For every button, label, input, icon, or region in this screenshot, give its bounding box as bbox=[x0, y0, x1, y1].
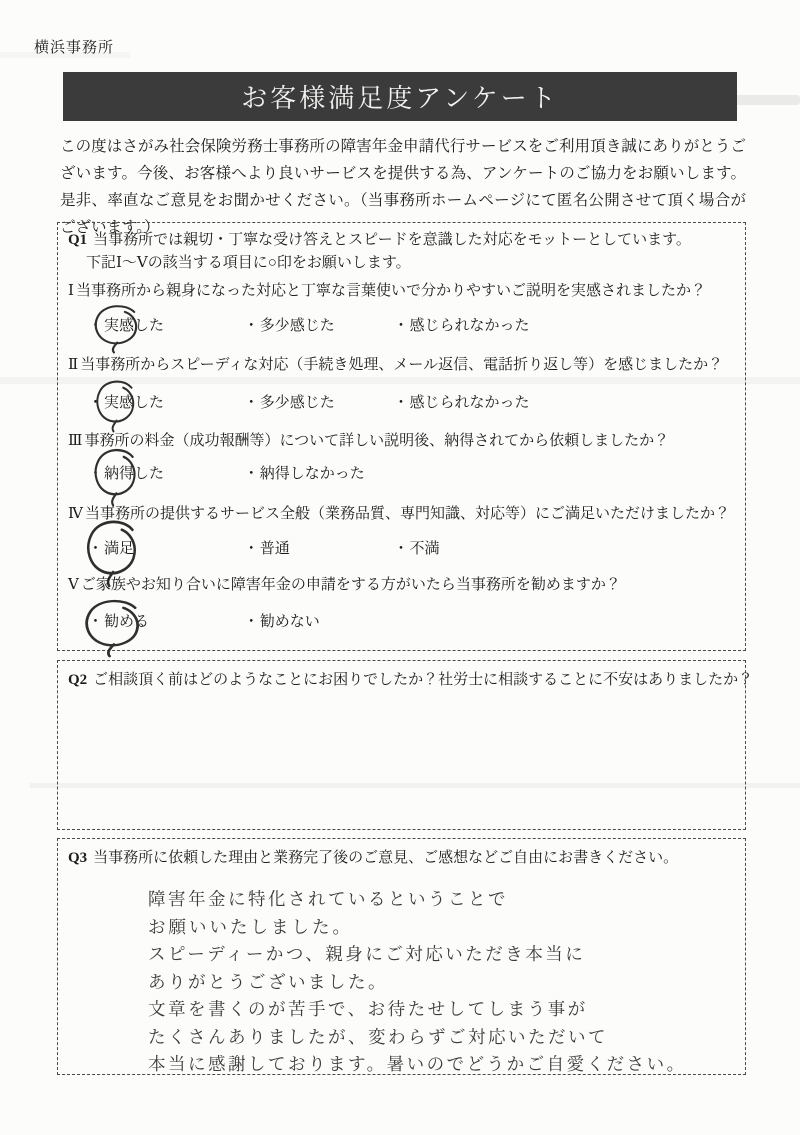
numeral: Ⅰ bbox=[68, 283, 74, 299]
question-text: ご家族やお知り合いに障害年金の申請をする方がいたら当事務所を勧めますか？ bbox=[81, 577, 621, 593]
option-label: 納得した bbox=[104, 466, 164, 482]
option-label: 勧めない bbox=[260, 614, 320, 630]
q1-item-5-options: ・勧める ・勧めない bbox=[88, 611, 739, 633]
option-label: 実感した bbox=[104, 318, 164, 334]
option-bullet: ・ bbox=[394, 318, 409, 334]
q1-lead-text: 当事務所では親切・丁寧な受け答えとスピードを意識した対応をモットーとしています。 bbox=[93, 232, 691, 248]
option-label: 感じられなかった bbox=[410, 318, 530, 334]
option-futsuu: ・普通 bbox=[244, 538, 390, 560]
handwritten-line: 本当に感謝しております。暑いのでどうかご自愛ください。 bbox=[148, 1052, 731, 1080]
option-bullet: ・ bbox=[244, 466, 259, 482]
q1-item-4-question: Ⅳ当事務所の提供するサービス全般（業務品質、専門知識、対応等）にご満足いただけま… bbox=[68, 503, 739, 525]
handwritten-line: 障害年金に特化されているということで bbox=[148, 887, 731, 915]
option-label: 多少感じた bbox=[260, 318, 335, 334]
option-jikkan-shita: ・実感した bbox=[88, 315, 240, 337]
option-tashou-kanjita: ・多少感じた bbox=[244, 315, 390, 337]
numeral: Ⅱ bbox=[68, 357, 78, 373]
option-nattoku-shinakatta: ・納得しなかった bbox=[244, 463, 365, 485]
option-bullet: ・ bbox=[244, 395, 259, 411]
numeral: Ⅲ bbox=[68, 433, 82, 449]
q1-item-2-question: Ⅱ当事務所からスピーディな対応（手続き処理、メール返信、電話折り返し等）を感じま… bbox=[68, 354, 739, 376]
option-bullet: ・ bbox=[88, 395, 103, 411]
handwritten-line: お願いいたしました。 bbox=[148, 915, 731, 943]
q1-item-4-options: ・満足 ・普通 ・不満 bbox=[88, 538, 739, 560]
option-bullet: ・ bbox=[88, 614, 103, 630]
option-bullet: ・ bbox=[88, 466, 103, 482]
option-bullet: ・ bbox=[394, 541, 409, 557]
question-text: 当事務所からスピーディな対応（手続き処理、メール返信、電話折り返し等）を感じまし… bbox=[80, 357, 723, 373]
option-label: 普通 bbox=[260, 541, 290, 557]
q2-heading: Q2ご相談頂く前はどのようなことにお困りでしたか？社労士に相談することに不安はあ… bbox=[68, 669, 753, 691]
q1-item-3-question: Ⅲ事務所の料金（成功報酬等）について詳しい説明後、納得されてから依頼しましたか？ bbox=[68, 430, 739, 452]
option-label: 勧める bbox=[104, 614, 149, 630]
question-text: ご相談頂く前はどのようなことにお困りでしたか？社労士に相談することに不安はありま… bbox=[93, 672, 753, 688]
q1-item-1-options: ・実感した ・多少感じた ・感じられなかった bbox=[88, 315, 739, 337]
option-label: 納得しなかった bbox=[260, 466, 365, 482]
q1-item-5-question: Ⅴご家族やお知り合いに障害年金の申請をする方がいたら当事務所を勧めますか？ bbox=[68, 574, 739, 596]
option-label: 不満 bbox=[410, 541, 440, 557]
option-bullet: ・ bbox=[244, 318, 259, 334]
question-text: 事務所の料金（成功報酬等）について詳しい説明後、納得されてから依頼しましたか？ bbox=[84, 433, 669, 449]
question-text: 当事務所から親身になった対応と丁寧な言葉使いで分かりやすいご説明を実感されました… bbox=[76, 283, 706, 299]
title-banner: お客様満足度アンケート bbox=[63, 72, 737, 121]
handwritten-line: たくさんありましたが、変わらずご対応いただいて bbox=[148, 1025, 731, 1053]
q1-box: Q1当事務所では親切・丁寧な受け答えとスピードを意識した対応をモットーとしていま… bbox=[57, 222, 746, 651]
q1-item-2-options: ・実感した ・多少感じた ・感じられなかった bbox=[88, 392, 739, 414]
option-bullet: ・ bbox=[88, 541, 103, 557]
office-label: 横浜事務所 bbox=[34, 36, 114, 57]
option-bullet: ・ bbox=[394, 395, 409, 411]
question-text: 当事務所の提供するサービス全般（業務品質、専門知識、対応等）にご満足いただけまし… bbox=[85, 506, 730, 522]
numeral: Ⅳ bbox=[68, 506, 83, 522]
option-susumeru: ・勧める bbox=[88, 611, 240, 633]
option-nattoku-shita: ・納得した bbox=[88, 463, 240, 485]
option-manzoku: ・満足 bbox=[88, 538, 240, 560]
q2-label: Q2 bbox=[68, 672, 87, 688]
q3-box: Q3当事務所に依頼した理由と業務完了後のご意見、ご感想などご自由にお書きください… bbox=[57, 838, 746, 1075]
handwritten-line: 文章を書くのが苦手で、お待たせしてしまう事が bbox=[148, 997, 731, 1025]
option-bullet: ・ bbox=[244, 541, 259, 557]
page-title: お客様満足度アンケート bbox=[241, 78, 558, 115]
option-bullet: ・ bbox=[244, 614, 259, 630]
option-tashou-kanjita: ・多少感じた bbox=[244, 392, 390, 414]
q3-heading: Q3当事務所に依頼した理由と業務完了後のご意見、ご感想などご自由にお書きください… bbox=[68, 847, 678, 869]
option-label: 感じられなかった bbox=[410, 395, 530, 411]
option-kanjirarenakatta: ・感じられなかった bbox=[394, 315, 530, 337]
q1-instruction: 下記Ⅰ～Ⅴの該当する項目に○印をお願いします。 bbox=[86, 252, 739, 274]
question-text: 当事務所に依頼した理由と業務完了後のご意見、ご感想などご自由にお書きください。 bbox=[93, 850, 678, 866]
numeral: Ⅴ bbox=[68, 577, 79, 593]
q2-box: Q2ご相談頂く前はどのようなことにお困りでしたか？社労士に相談することに不安はあ… bbox=[57, 660, 746, 830]
option-jikkan-shita: ・実感した bbox=[88, 392, 240, 414]
scan-artifact bbox=[730, 95, 800, 105]
handwritten-line: ありがとうございました。 bbox=[148, 970, 731, 998]
q1-heading: Q1当事務所では親切・丁寧な受け答えとスピードを意識した対応をモットーとしていま… bbox=[68, 229, 739, 251]
option-kanjirarenakatta: ・感じられなかった bbox=[394, 392, 530, 414]
q3-label: Q3 bbox=[68, 850, 87, 866]
option-bullet: ・ bbox=[88, 318, 103, 334]
q1-item-3-options: ・納得した ・納得しなかった bbox=[88, 463, 739, 485]
q1-item-1-question: Ⅰ当事務所から親身になった対応と丁寧な言葉使いで分かりやすいご説明を実感されまし… bbox=[68, 280, 739, 302]
option-label: 実感した bbox=[104, 395, 164, 411]
option-susumenai: ・勧めない bbox=[244, 611, 320, 633]
option-fuman: ・不満 bbox=[394, 538, 440, 560]
q1-label: Q1 bbox=[68, 232, 87, 248]
scanned-survey-page: 横浜事務所 お客様満足度アンケート この度はさがみ社会保険労務士事務所の障害年金… bbox=[0, 0, 800, 1135]
handwritten-line: スピーディーかつ、親身にご対応いただき本当に bbox=[148, 942, 731, 970]
option-label: 多少感じた bbox=[260, 395, 335, 411]
option-label: 満足 bbox=[104, 541, 134, 557]
handwritten-answer: 障害年金に特化されているということで お願いいたしました。 スピーディーかつ、親… bbox=[148, 887, 731, 1080]
